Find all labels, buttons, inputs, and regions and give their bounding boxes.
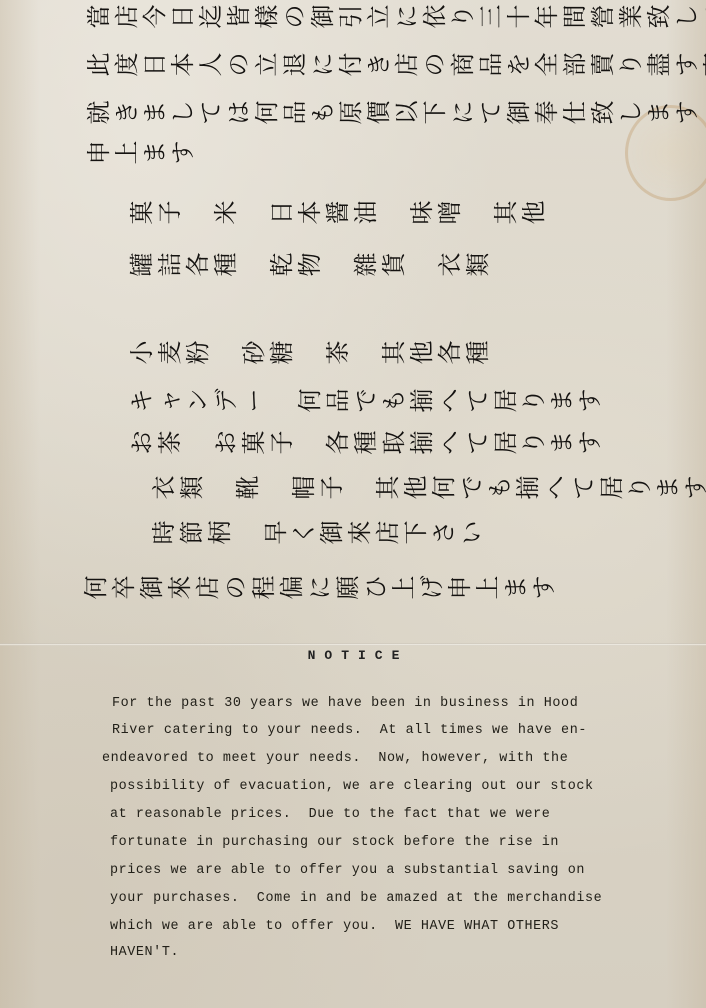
notice-text-line: at reasonable prices. Due to the fact th… [110,807,550,822]
japanese-text-line: 衣類 靴 帽子 其他何でも揃へて居ります [150,471,706,501]
paper-edge-left [0,0,40,1008]
japanese-text-line: 當店今日迄皆樣の御引立に依り三十年間營業致して來ました [85,0,706,30]
notice-text-line: prices we are able to offer you a substa… [110,863,585,878]
japanese-text-line: 小麦粉 砂糖 茶 其他各種 [128,336,492,366]
notice-title: NOTICE [0,648,706,663]
japanese-text-line: お茶 お菓子 各種取揃へて居ります [128,426,604,456]
notice-text-line: For the past 30 years we have been in bu… [112,696,578,711]
notice-text-line: possibility of evacuation, we are cleari… [110,779,594,794]
japanese-text-line: 時節柄 早く御來店下さい [150,516,486,546]
document-page: 當店今日迄皆樣の御引立に依り三十年間營業致して來ました此度日本人の立退に付き店の… [0,0,706,1008]
japanese-text-line: 罐詰各種 乾物 雜貨 衣類 [128,248,492,278]
japanese-text-line: 菓子 米 日本醤油 味噌 其他 [128,196,548,226]
japanese-text-line: 何卒御來店の程偏に願ひ上げ申上ます [82,571,558,601]
notice-text-line: River catering to your needs. At all tim… [112,723,587,738]
notice-text-line: endeavored to meet your needs. Now, howe… [102,751,568,766]
japanese-text-line: 就きましては何品も原價以下にて御奉仕致します [85,96,701,126]
japanese-text-line: 此度日本人の立退に付き店の商品を全部賣り盡す事になりました [85,48,706,78]
notice-text-line: which we are able to offer you. WE HAVE … [110,919,559,934]
paper-fold-line [0,643,706,646]
notice-text-line: HAVEN'T. [110,945,179,960]
japanese-text-line: キャンデー 何品でも揃へて居ります [128,384,604,414]
japanese-text-line: 申上ます [85,136,197,166]
notice-text-line: your purchases. Come in and be amazed at… [110,891,602,906]
notice-text-line: fortunate in purchasing our stock before… [110,835,559,850]
